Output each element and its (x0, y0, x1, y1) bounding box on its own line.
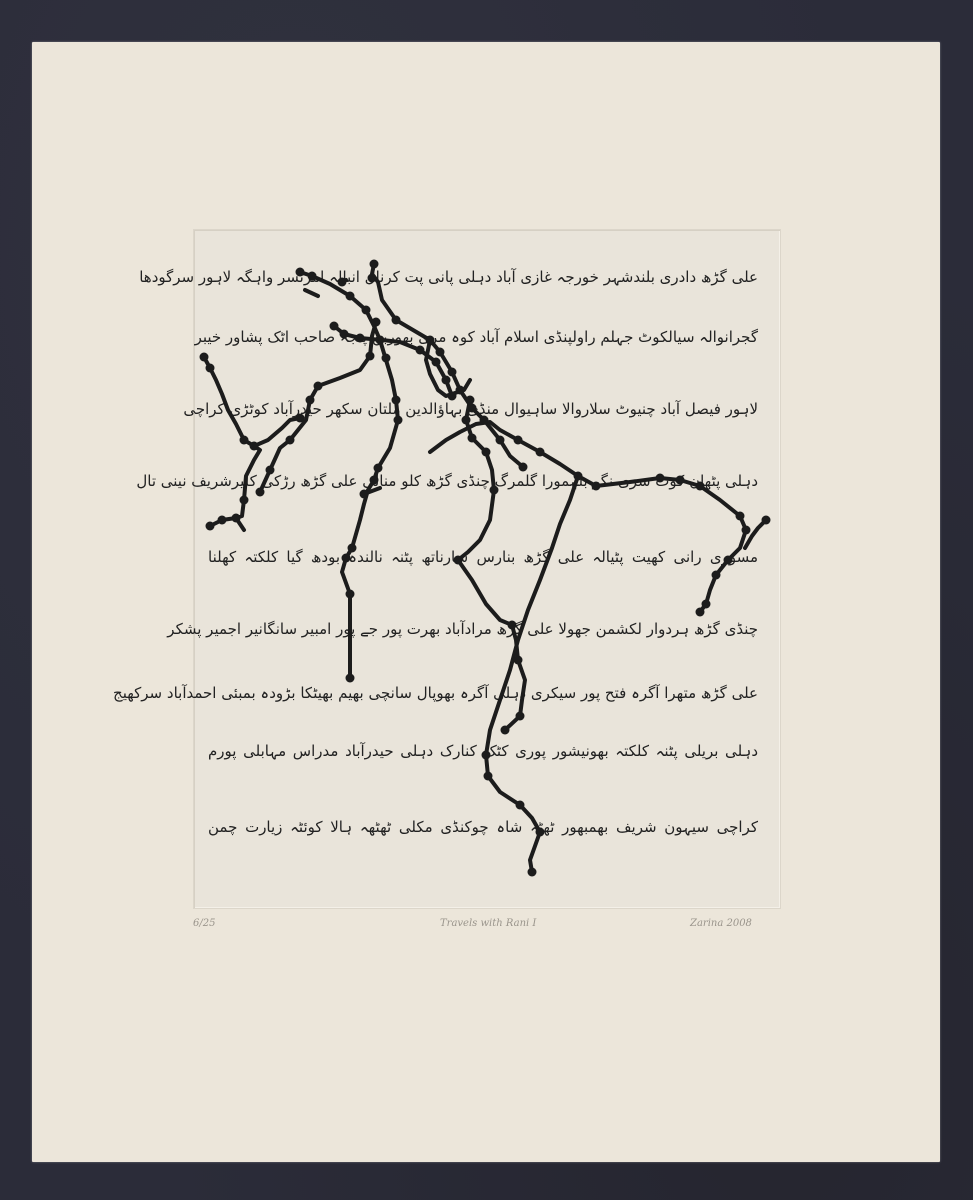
urdu-text-line-1: علی گڑھ دادری بلندشہر خورجہ غازی آباد دہ… (208, 268, 758, 286)
artist-signature: Zarina 2008 (690, 918, 752, 929)
urdu-text-line-4: دہلی پٹھان کوٹ سری نگر بلہمورا گلمرگ چنڈ… (208, 472, 758, 490)
urdu-text-line-8: دہلی بریلی پٹنہ کلکتہ بھونیشور پوری کٹک … (208, 742, 758, 760)
urdu-text-line-3: لاہور فیصل آباد چنیوٹ سلاروالا ساہیوال م… (208, 400, 758, 418)
urdu-text-line-5: مسوری رانی کھیت پٹیالہ علی گڑھ بنارس سار… (208, 548, 758, 566)
etching-plate-area: علی گڑھ دادری بلندشہر خورجہ غازی آباد دہ… (194, 230, 780, 908)
edition-number: 6/25 (193, 918, 215, 929)
urdu-text-line-9: کراچی سیہون شریف بھمبھور ٹھٹہ شاہ چوکنڈی… (208, 818, 758, 836)
urdu-text-line-6: چنڈی گڑھ ہردوار لکشمن جھولا علی گڑھ مراد… (208, 620, 758, 638)
urdu-text-line-7: علی گڑھ متھرا آگرہ فتح پور سیکری دہلی آگ… (208, 684, 758, 702)
artwork-title-inscription: Travels with Rani I (440, 918, 536, 929)
urdu-text-line-2: گجرانوالہ سیالکوٹ جہلم راولپنڈی اسلام آب… (208, 328, 758, 346)
